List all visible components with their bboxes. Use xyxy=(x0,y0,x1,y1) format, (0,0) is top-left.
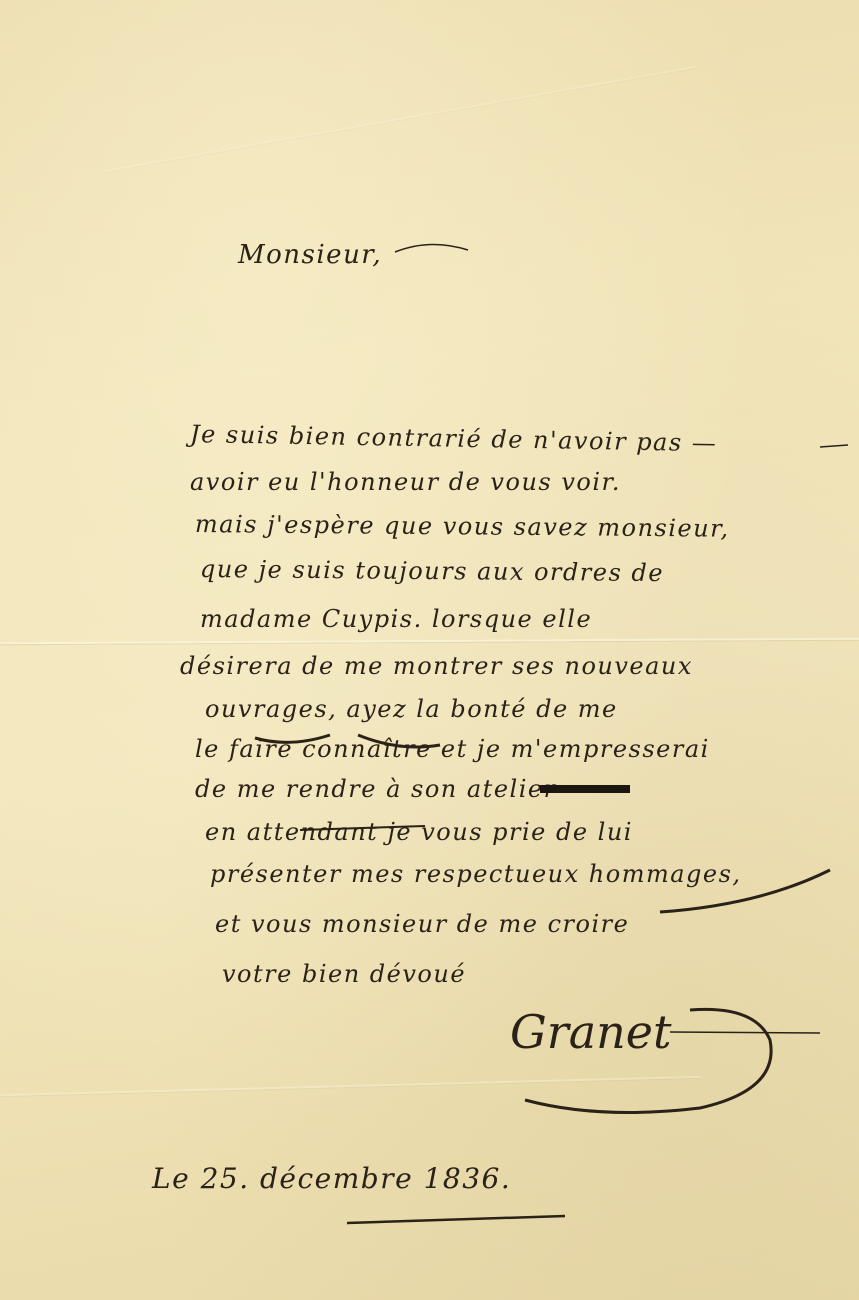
letter-line-8: le faire connaître et je m'empresserai xyxy=(195,735,710,763)
letter-line-10: en attendant je vous prie de lui xyxy=(205,818,633,846)
letter-line-11: présenter mes respectueux hommages, xyxy=(210,860,742,888)
letter-line-1: Je suis bien contrarié de n'avoir pas — xyxy=(190,420,718,457)
letter-line-2: avoir eu l'honneur de vous voir. xyxy=(190,468,621,496)
letter-line-6: désirera de me montrer ses nouveaux xyxy=(180,652,693,680)
letter-line-13: votre bien dévoué xyxy=(222,960,466,988)
date-line: Le 25. décembre 1836. xyxy=(152,1162,511,1195)
letter-line-4: que je suis toujours aux ordres de xyxy=(200,555,664,587)
letter-line-7: ouvrages, ayez la bonté de me xyxy=(205,695,618,723)
letter-line-3: mais j'espère que vous savez monsieur, xyxy=(195,510,730,543)
paper-fold-crease xyxy=(104,66,695,172)
paper-fold-crease xyxy=(0,1076,700,1096)
signature: Granet xyxy=(510,1005,672,1059)
letter-line-5: madame Cuypis. lorsque elle xyxy=(200,605,592,633)
letter-line-9: de me rendre à son atelier xyxy=(195,775,557,803)
letter-page: Monsieur, Je suis bien contrarié de n'av… xyxy=(0,0,859,1300)
letter-line-12: et vous monsieur de me croire xyxy=(215,910,629,938)
ink-flourishes xyxy=(0,0,859,1300)
salutation: Monsieur, xyxy=(238,240,382,270)
paper-fold-crease xyxy=(0,638,859,644)
